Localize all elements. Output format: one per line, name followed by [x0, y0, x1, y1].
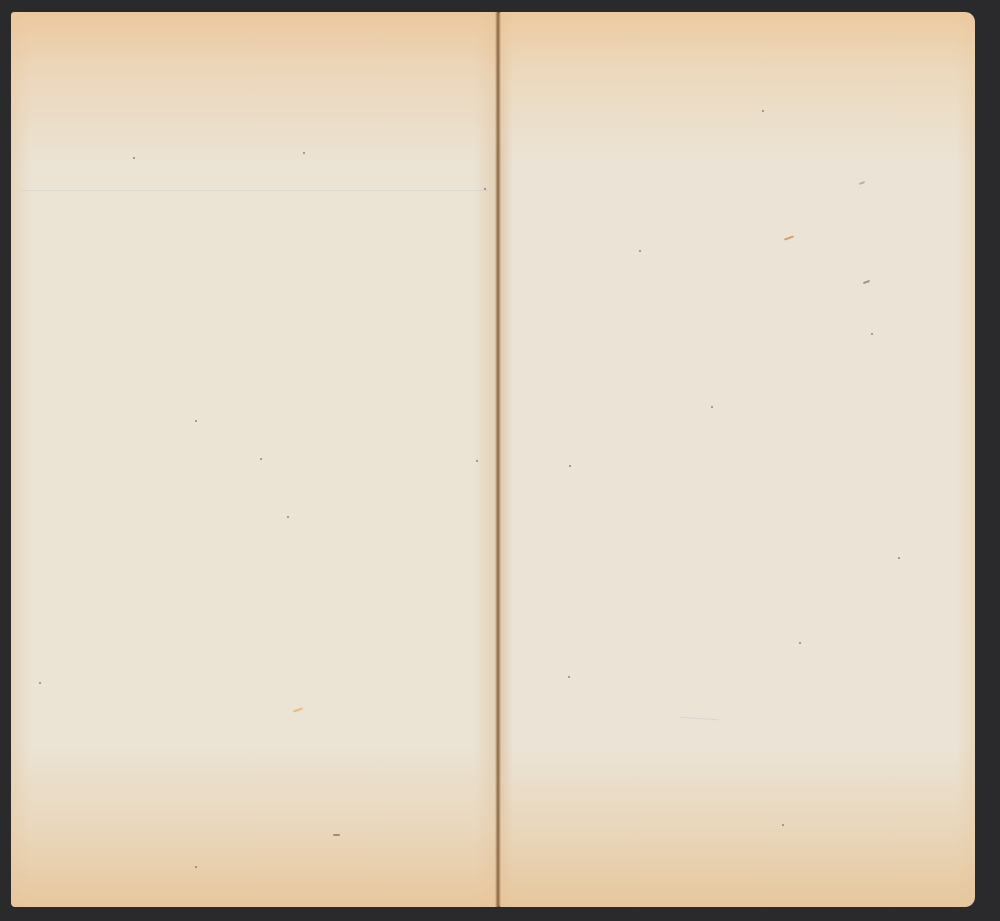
paper-speck	[871, 333, 873, 335]
right-page	[499, 12, 975, 907]
paper-speck	[799, 642, 801, 644]
paper-speck	[476, 460, 478, 462]
paper-speck	[484, 188, 486, 190]
paper-speck	[39, 682, 41, 684]
paper-speck	[762, 110, 764, 112]
paper-speck	[569, 465, 571, 467]
right-page-content	[539, 52, 935, 867]
paper-speck	[639, 250, 641, 252]
book-gutter	[495, 12, 501, 907]
book-scan	[0, 0, 1000, 921]
paper-speck	[711, 406, 713, 408]
paper-stain	[333, 834, 340, 836]
paper-speck	[303, 152, 305, 154]
paper-speck	[782, 824, 784, 826]
paper-speck	[195, 420, 197, 422]
paper-speck	[133, 157, 135, 159]
left-page	[11, 12, 499, 907]
paper-speck	[568, 676, 570, 678]
paper-speck	[195, 866, 197, 868]
left-page-content	[51, 52, 459, 867]
paper-speck	[260, 458, 262, 460]
paper-speck	[898, 557, 900, 559]
paper-speck	[287, 516, 289, 518]
